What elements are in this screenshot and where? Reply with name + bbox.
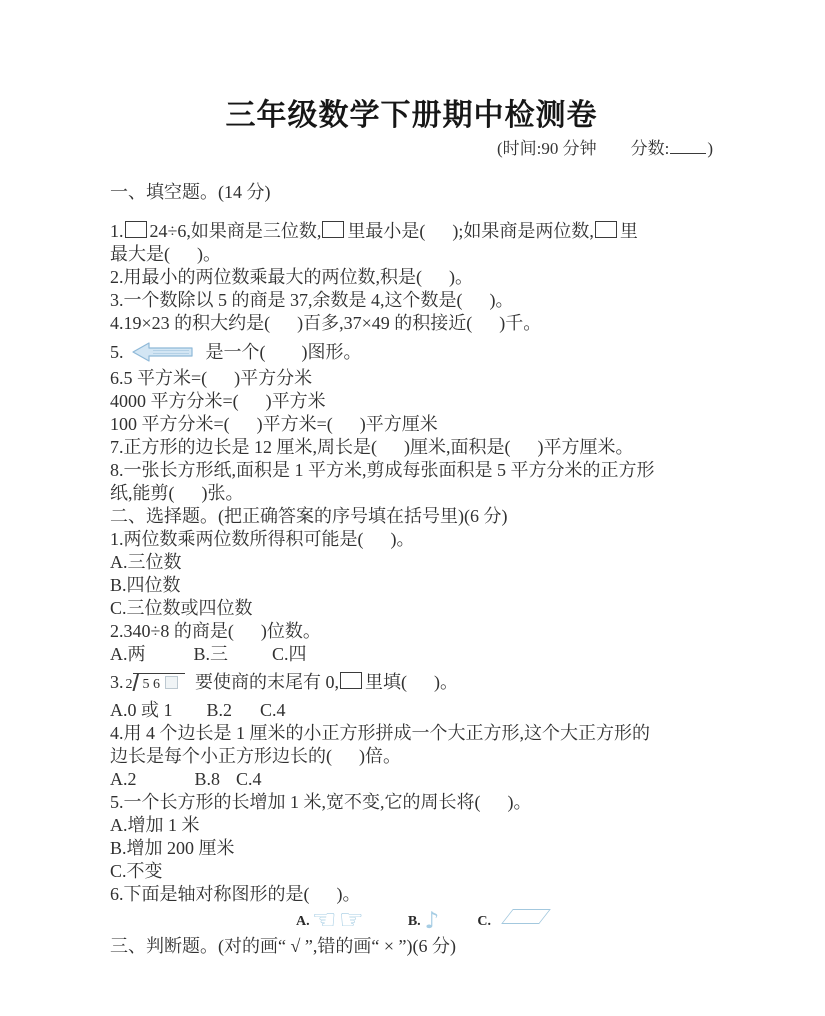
- exam-title: 三年级数学下册期中检测卷: [110, 97, 713, 135]
- time-score-text: (时间:90 分钟 分数:: [497, 139, 669, 158]
- blank-box-icon: [595, 221, 617, 238]
- s1-q5-number: 5.: [110, 342, 124, 362]
- s1-q1-text-c: 里: [620, 221, 638, 241]
- s2-q6-label-c: C.: [477, 914, 491, 929]
- section1-heading: 一、填空题。(14 分): [110, 181, 713, 204]
- s1-q1-line2: 最大是( )。: [110, 243, 713, 266]
- s2-q1-option-a: A.三位数: [110, 551, 713, 574]
- s1-q6-line1: 6.5 平方米=( )平方分米: [110, 367, 713, 390]
- blank-box-icon: [322, 221, 344, 238]
- s2-q5-option-a: A.增加 1 米: [110, 814, 713, 837]
- s1-q6-line3: 100 平方分米=( )平方米=( )平方厘米: [110, 413, 713, 436]
- music-note-icon: ♪: [425, 908, 440, 934]
- s1-q6-line2: 4000 平方分米=( )平方米: [110, 390, 713, 413]
- section2-heading: 二、选择题。(把正确答案的序号填在括号里)(6 分): [110, 505, 713, 528]
- s2-q1-option-b: B.四位数: [110, 574, 713, 597]
- exam-info-line: (时间:90 分钟 分数:): [110, 137, 713, 161]
- s2-q4-option-a: A.2: [110, 769, 137, 789]
- s1-q4: 4.19×23 的积大约是( )百多,37×49 的积接近( )千。: [110, 312, 713, 335]
- s2-q2-option-c: C.四: [272, 644, 307, 664]
- s1-q1-line1: 1.24÷6,如果商是三位数,里最小是( );如果商是两位数,里: [110, 220, 713, 243]
- blank-box-icon: [125, 221, 147, 238]
- s1-q2: 2.用最小的两位数乘最大的两位数,积是( )。: [110, 266, 713, 289]
- s2-q3: 3.25 6要使商的末尾有 0,里填( )。: [110, 669, 713, 698]
- s2-q3-options: A.0 或 1B.2C.4: [110, 699, 713, 722]
- s2-q5-option-c: C.不变: [110, 860, 713, 883]
- s2-q3-option-a: A.0 或 1: [110, 700, 173, 720]
- s1-q1-text-b: 里最小是( );如果商是两位数,: [347, 221, 594, 241]
- s2-q4-line2: 边长是每个小正方形边长的( )倍。: [110, 745, 713, 768]
- s2-q2-option-a: A.两: [110, 644, 146, 664]
- division-bracket-icon: 5 6: [133, 673, 186, 692]
- s2-q1-option-c: C.三位数或四位数: [110, 597, 713, 620]
- s2-q2-options: A.两B.三C.四: [110, 643, 713, 666]
- s2-q6-icon-options: A.☜☞B.♪C.: [296, 908, 713, 934]
- info-close-paren: ): [707, 139, 713, 158]
- s2-q2: 2.340÷8 的商是( )位数。: [110, 620, 713, 643]
- long-division: 25 6: [126, 672, 186, 692]
- s1-q5: 5.是一个( )图形。: [110, 339, 713, 365]
- small-blank-box-icon: [165, 676, 178, 689]
- pointing-hands-icon: ☜☞: [312, 903, 366, 936]
- s1-q1-number: 1.: [110, 221, 124, 241]
- s2-q4-line1: 4.用 4 个边长是 1 厘米的小正方形拼成一个大正方形,这个大正方形的: [110, 722, 713, 745]
- exam-paper-page: 三年级数学下册期中检测卷 (时间:90 分钟 分数:) 一、填空题。(14 分)…: [0, 97, 825, 958]
- s2-q5-option-b: B.增加 200 厘米: [110, 837, 713, 860]
- s2-q5: 5.一个长方形的长增加 1 米,宽不变,它的周长将( )。: [110, 791, 713, 814]
- left-arrow-icon: [132, 341, 194, 363]
- s1-q3: 3.一个数除以 5 的商是 37,余数是 4,这个数是( )。: [110, 289, 713, 312]
- s1-q5-text: 是一个( )图形。: [206, 342, 362, 362]
- s2-q3-option-c: C.4: [260, 700, 286, 720]
- s2-q3-option-b: B.2: [207, 700, 233, 720]
- s2-q1: 1.两位数乘两位数所得积可能是( )。: [110, 528, 713, 551]
- s2-q3-number: 3.: [110, 672, 124, 692]
- s1-q1-text-a: 24÷6,如果商是三位数,: [150, 221, 322, 241]
- s2-q4-options: A.2B.8C.4: [110, 768, 713, 791]
- s2-q6-label-b: B.: [408, 914, 421, 929]
- score-blank-line: [670, 140, 706, 154]
- s2-q4-option-c: C.4: [236, 769, 262, 789]
- s2-q6: 6.下面是轴对称图形的是( )。: [110, 883, 713, 906]
- s2-q6-label-a: A.: [296, 914, 310, 929]
- s2-q3-text-a: 要使商的末尾有 0,: [195, 672, 339, 692]
- division-divisor: 2: [126, 677, 133, 692]
- division-dividend: 5 6: [143, 677, 161, 692]
- parallelogram-icon: [501, 909, 551, 924]
- section3-heading: 三、判断题。(对的画“ √ ”,错的画“ × ”)(6 分): [110, 935, 713, 958]
- s2-q2-option-b: B.三: [194, 644, 229, 664]
- s1-q7: 7.正方形的边长是 12 厘米,周长是( )厘米,面积是( )平方厘米。: [110, 436, 713, 459]
- s1-q8-line2: 纸,能剪( )张。: [110, 482, 713, 505]
- blank-box-icon: [340, 672, 362, 689]
- s2-q3-text-b: 里填( )。: [365, 672, 458, 692]
- s1-q8-line1: 8.一张长方形纸,面积是 1 平方米,剪成每张面积是 5 平方分米的正方形: [110, 459, 713, 482]
- s2-q4-option-b: B.8: [195, 769, 221, 789]
